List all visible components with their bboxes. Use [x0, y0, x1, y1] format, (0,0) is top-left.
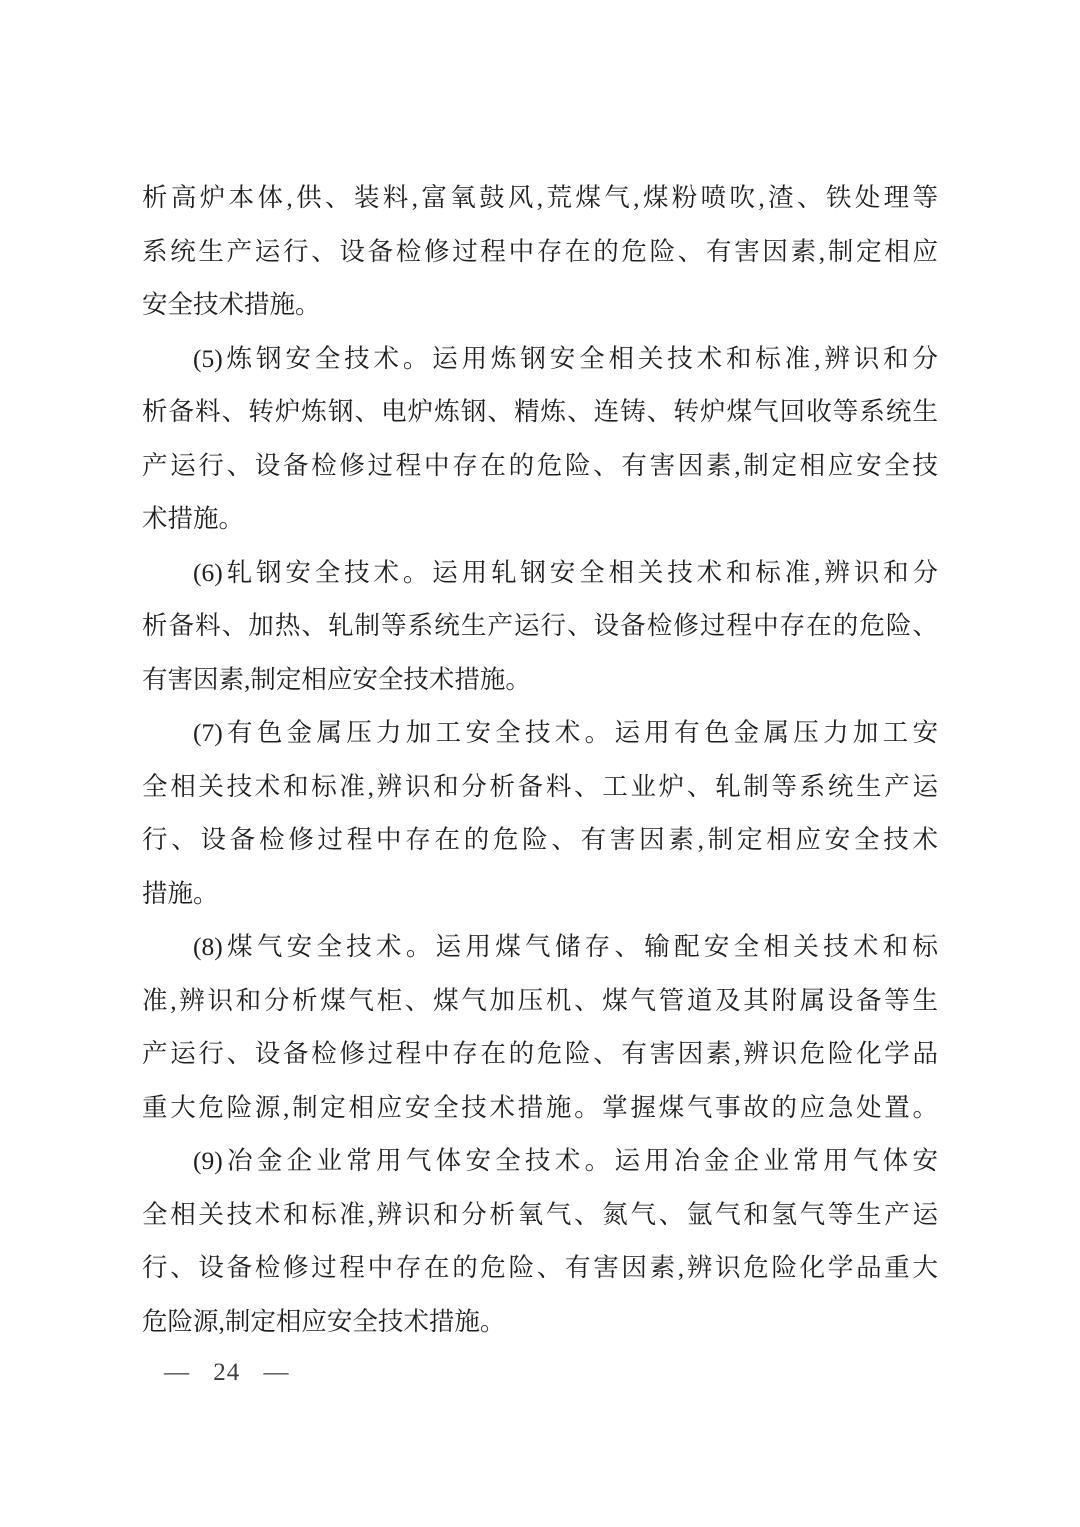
text-line: 有害因素,制定相应安全技术措施。: [142, 653, 938, 707]
text-line: (8)煤气安全技术。运用煤气储存、输配安全相关技术和标: [142, 920, 938, 974]
document-page: 析高炉本体,供、装料,富氧鼓风,荒煤气,煤粉喷吹,渣、铁处理等系统生产运行、设备…: [0, 0, 1080, 1527]
text-line: 措施。: [142, 867, 938, 921]
text-line: 危险源,制定相应安全技术措施。: [142, 1295, 938, 1349]
text-line: 全相关技术和标准,辨识和分析备料、工业炉、轧制等系统生产运: [142, 760, 938, 814]
text-line: (5)炼钢安全技术。运用炼钢安全相关技术和标准,辨识和分: [142, 332, 938, 386]
text-line: 析备料、转炉炼钢、电炉炼钢、精炼、连铸、转炉煤气回收等系统生: [142, 385, 938, 439]
text-line: 全相关技术和标准,辨识和分析氧气、氮气、氩气和氢气等生产运: [142, 1188, 938, 1242]
text-line: (6)轧钢安全技术。运用轧钢安全相关技术和标准,辨识和分: [142, 546, 938, 600]
text-line: 准,辨识和分析煤气柜、煤气加压机、煤气管道及其附属设备等生: [142, 974, 938, 1028]
paragraph-item-9: (9)冶金企业常用气体安全技术。运用冶金企业常用气体安全相关技术和标准,辨识和分…: [142, 1134, 938, 1348]
text-line: 行、设备检修过程中存在的危险、有害因素,辨识危险化学品重大: [142, 1241, 938, 1295]
paragraph-item-7: (7)有色金属压力加工安全技术。运用有色金属压力加工安全相关技术和标准,辨识和分…: [142, 706, 938, 920]
text-line: 重大危险源,制定相应安全技术措施。掌握煤气事故的应急处置。: [142, 1081, 938, 1135]
text-line: (7)有色金属压力加工安全技术。运用有色金属压力加工安: [142, 706, 938, 760]
document-body: 析高炉本体,供、装料,富氧鼓风,荒煤气,煤粉喷吹,渣、铁处理等系统生产运行、设备…: [142, 171, 938, 1348]
text-line: 术措施。: [142, 492, 938, 546]
paragraph-continuation: 析高炉本体,供、装料,富氧鼓风,荒煤气,煤粉喷吹,渣、铁处理等系统生产运行、设备…: [142, 171, 938, 332]
text-line: 析高炉本体,供、装料,富氧鼓风,荒煤气,煤粉喷吹,渣、铁处理等: [142, 171, 938, 225]
text-line: 系统生产运行、设备检修过程中存在的危险、有害因素,制定相应: [142, 225, 938, 279]
text-line: 产运行、设备检修过程中存在的危险、有害因素,制定相应安全技: [142, 439, 938, 493]
paragraph-item-8: (8)煤气安全技术。运用煤气储存、输配安全相关技术和标准,辨识和分析煤气柜、煤气…: [142, 920, 938, 1134]
paragraph-item-6: (6)轧钢安全技术。运用轧钢安全相关技术和标准,辨识和分析备料、加热、轧制等系统…: [142, 546, 938, 707]
text-line: 行、设备检修过程中存在的危险、有害因素,制定相应安全技术: [142, 813, 938, 867]
text-line: 产运行、设备检修过程中存在的危险、有害因素,辨识危险化学品: [142, 1027, 938, 1081]
text-line: (9)冶金企业常用气体安全技术。运用冶金企业常用气体安: [142, 1134, 938, 1188]
page-number: — 24 —: [164, 1346, 290, 1400]
paragraph-item-5: (5)炼钢安全技术。运用炼钢安全相关技术和标准,辨识和分析备料、转炉炼钢、电炉炼…: [142, 332, 938, 546]
text-line: 安全技术措施。: [142, 278, 938, 332]
text-line: 析备料、加热、轧制等系统生产运行、设备检修过程中存在的危险、: [142, 599, 938, 653]
